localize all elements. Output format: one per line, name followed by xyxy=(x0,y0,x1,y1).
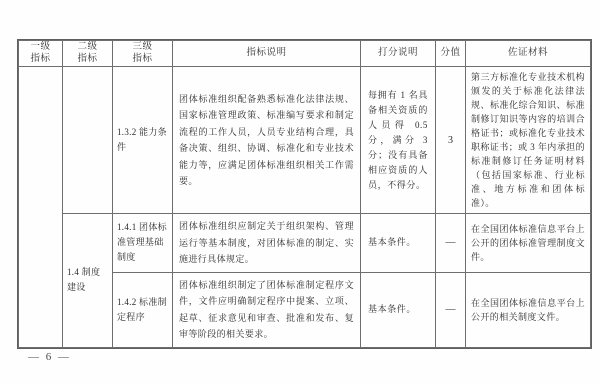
cell-scoring-basic-system: 基本条件。 xyxy=(361,214,436,273)
cell-level2-system: 1.4 制度建设 xyxy=(63,214,113,348)
cell-score-capability: 3 xyxy=(436,67,466,214)
table-row-1-3-2: 1.3.2 能力条件 团体标准组织配备熟悉标准化法律法规、国家标准管理政策、标准… xyxy=(19,67,591,214)
col-header-description: 指标说明 xyxy=(173,41,361,67)
cell-description-capability: 团体标准组织配备熟悉标准化法律法规、国家标准管理政策、标准编写要求和制定流程的工… xyxy=(173,67,361,214)
cell-scoring-procedure: 基本条件。 xyxy=(361,272,436,347)
cell-level1 xyxy=(19,67,63,348)
cell-level3-basic-system: 1.4.1 团体标准管理基础制度 xyxy=(113,214,173,273)
cell-description-procedure: 团体标准组织制定了团体标准制定程序文件，文件应明确制定程序中提案、立项、起草、征… xyxy=(173,272,361,347)
col-header-level1: 一级指标 xyxy=(19,41,63,67)
table-header-row: 一级指标 二级指标 三级指标 指标说明 打分说明 分值 佐证材料 xyxy=(19,41,591,67)
col-header-evidence: 佐证材料 xyxy=(466,41,591,67)
cell-level2-empty xyxy=(63,67,113,214)
col-header-score: 分值 xyxy=(436,41,466,67)
col-header-level1-label: 一级指标 xyxy=(30,42,51,65)
cell-level3-procedure: 1.4.2 标准制定程序 xyxy=(113,272,173,347)
document-page: 一级指标 二级指标 三级指标 指标说明 打分说明 分值 佐证材料 1.3.2 能… xyxy=(0,0,600,385)
col-header-level2-label: 二级指标 xyxy=(77,42,98,65)
table-row-1-4-1: 1.4 制度建设 1.4.1 团体标准管理基础制度 团体标准组织应制定关于组织架… xyxy=(19,214,591,273)
cell-description-basic-system: 团体标准组织应制定关于组织架构、管理运行等基本制度，对团体标准的制定、实施进行具… xyxy=(173,214,361,273)
cell-evidence-procedure: 在全国团体标准信息平台上公开的相关制度文件。 xyxy=(466,272,591,347)
cell-score-basic-system: — xyxy=(436,214,466,273)
col-header-level2: 二级指标 xyxy=(63,41,113,67)
cell-evidence-capability: 第三方标准化专业技术机构颁发的关于标准化法律法规、标准化综合知识、标准制修订知识… xyxy=(466,67,591,214)
col-header-scoring: 打分说明 xyxy=(361,41,436,67)
indicator-table: 一级指标 二级指标 三级指标 指标说明 打分说明 分值 佐证材料 1.3.2 能… xyxy=(18,40,591,348)
cell-level3-capability: 1.3.2 能力条件 xyxy=(113,67,173,214)
page-number: — 6 — xyxy=(28,351,71,363)
col-header-level3: 三级指标 xyxy=(113,41,173,67)
cell-scoring-capability: 每拥有 1 名具备相关资质的人员得 0.5 分，满分 3 分；没有具备相应资质的… xyxy=(361,67,436,214)
col-header-level3-label: 三级指标 xyxy=(132,42,153,65)
cell-score-procedure: — xyxy=(436,272,466,347)
cell-evidence-basic-system: 在全国团体标准信息平台上公开的团体标准管理制度文件。 xyxy=(466,214,591,273)
